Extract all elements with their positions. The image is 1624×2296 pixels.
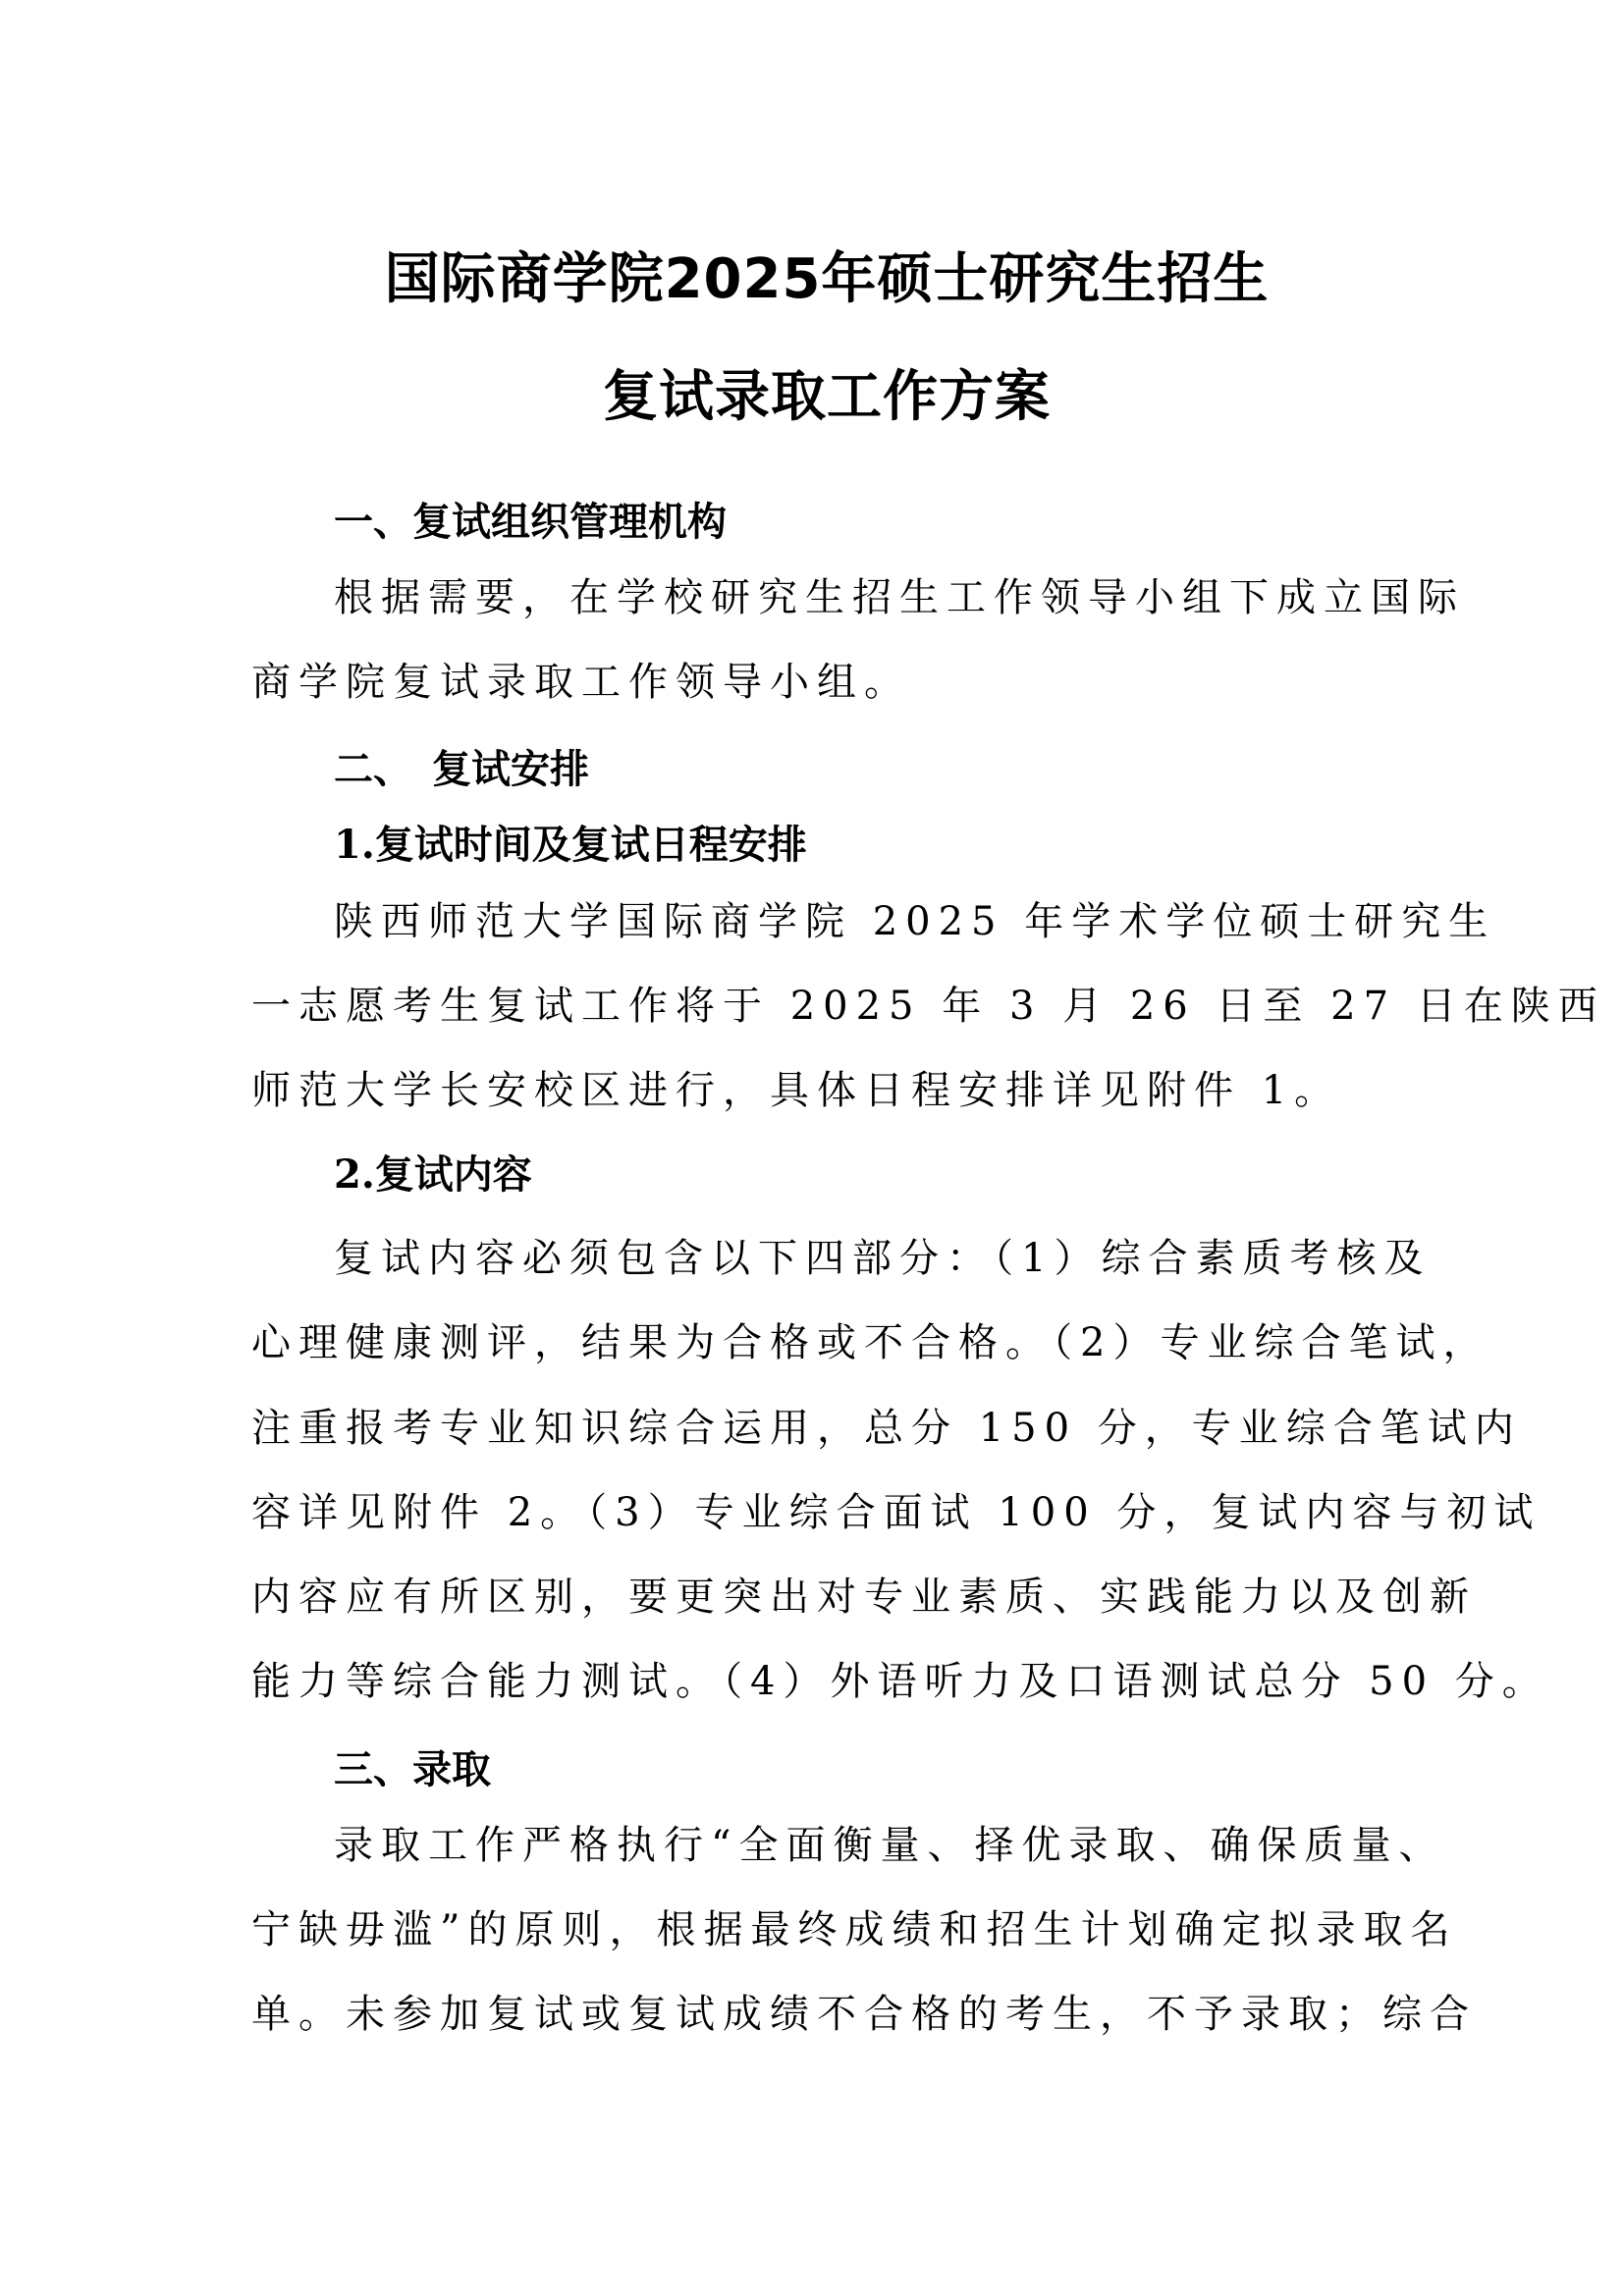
section-heading-organization: 一、复试组织管理机构: [334, 496, 1463, 549]
paragraph-line: 陕西师范大学国际商学院 2025 年学术学位硕士研究生: [334, 895, 1384, 948]
subsection-heading-content: 2.复试内容: [334, 1148, 1463, 1201]
paragraph-line: 录取工作严格执行“全面衡量、择优录取、确保质量、: [334, 1819, 1384, 1872]
document-title-line-1: 国际商学院2025年硕士研究生招生: [0, 245, 1624, 314]
paragraph-line: 根据需要，在学校研究生招生工作领导小组下成立国际: [334, 571, 1384, 624]
paragraph-line: 一志愿考生复试工作将于 2025 年 3 月 26 日至 27 日在陕西: [251, 980, 1380, 1033]
paragraph-line: 内容应有所区别，要更突出对专业素质、实践能力以及创新: [251, 1571, 1380, 1624]
paragraph-line: 能力等综合能力测试。（4）外语听力及口语测试总分 50 分。: [251, 1655, 1380, 1708]
paragraph-line: 心理健康测评，结果为合格或不合格。（2）专业综合笔试，: [251, 1316, 1380, 1369]
paragraph-line: 注重报考专业知识综合运用，总分 150 分，专业综合笔试内: [251, 1402, 1380, 1455]
paragraph-line: 容详见附件 2。（3）专业综合面试 100 分，复试内容与初试: [251, 1486, 1380, 1539]
subsection-heading-schedule: 1.复试时间及复试日程安排: [334, 819, 1463, 872]
paragraph-line: 单。未参加复试或复试成绩不合格的考生，不予录取；综合: [251, 1988, 1380, 2041]
paragraph-line: 宁缺毋滥”的原则，根据最终成绩和招生计划确定拟录取名: [251, 1903, 1380, 1956]
paragraph-line: 商学院复试录取工作领导小组。: [251, 656, 1380, 709]
paragraph-line: 复试内容必须包含以下四部分：（1）综合素质考核及: [334, 1232, 1384, 1285]
document-page: 国际商学院2025年硕士研究生招生 复试录取工作方案 一、复试组织管理机构 根据…: [0, 0, 1624, 2296]
section-heading-admission: 三、录取: [334, 1743, 1463, 1796]
section-heading-arrangement: 二、 复试安排: [334, 743, 1463, 796]
document-title-line-2: 复试录取工作方案: [0, 363, 1624, 432]
paragraph-line: 师范大学长安校区进行，具体日程安排详见附件 1。: [251, 1064, 1380, 1117]
